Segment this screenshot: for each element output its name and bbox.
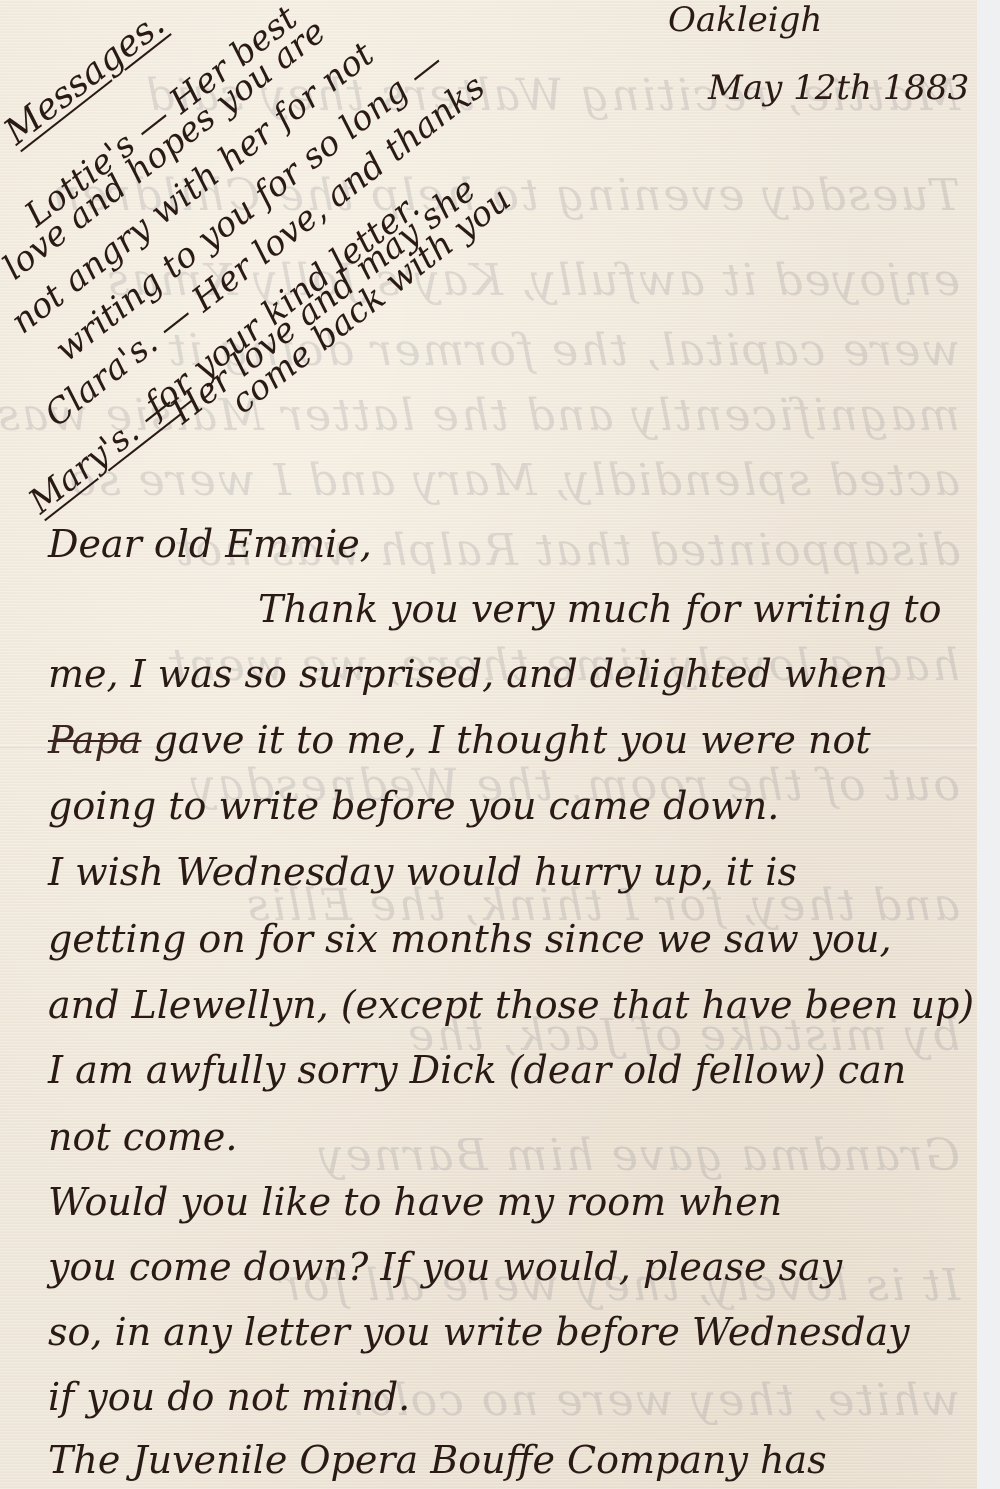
body-line: not come. bbox=[48, 1115, 237, 1159]
struck-word: Papa bbox=[48, 718, 142, 762]
body-line-text: gave it to me, I thought you were not bbox=[154, 718, 871, 762]
body-line: The Juvenile Opera Bouffe Company has bbox=[48, 1438, 827, 1482]
body-line-with-strikethrough: Papa gave it to me, I thought you were n… bbox=[48, 718, 871, 762]
letter-page: Mattie, reciting Walters they said Tuesd… bbox=[0, 0, 977, 1489]
body-line: I wish Wednesday would hurry up, it is bbox=[48, 850, 797, 894]
body-line: I am awfully sorry Dick (dear old fellow… bbox=[48, 1048, 906, 1092]
body-line: going to write before you came down. bbox=[48, 784, 779, 828]
bleed-through-line: acted splendidly, Mary and I were so bbox=[20, 455, 960, 506]
body-line: Would you like to have my room when bbox=[48, 1180, 782, 1224]
body-line: you come down? If you would, please say bbox=[48, 1245, 842, 1289]
body-line: getting on for six months since we saw y… bbox=[48, 917, 892, 961]
body-line: and Llewellyn, (except those that have b… bbox=[48, 983, 974, 1027]
letter-date: May 12th 1883 bbox=[708, 68, 969, 108]
salutation: Dear old Emmie, bbox=[48, 522, 372, 566]
body-line: if you do not mind. bbox=[48, 1375, 410, 1419]
body-line: me, I was so surprised, and delighted wh… bbox=[48, 652, 888, 696]
letter-place: Oakleigh bbox=[668, 0, 822, 40]
body-line: Thank you very much for writing to bbox=[258, 587, 941, 631]
body-line: so, in any letter you write before Wedne… bbox=[48, 1310, 910, 1354]
